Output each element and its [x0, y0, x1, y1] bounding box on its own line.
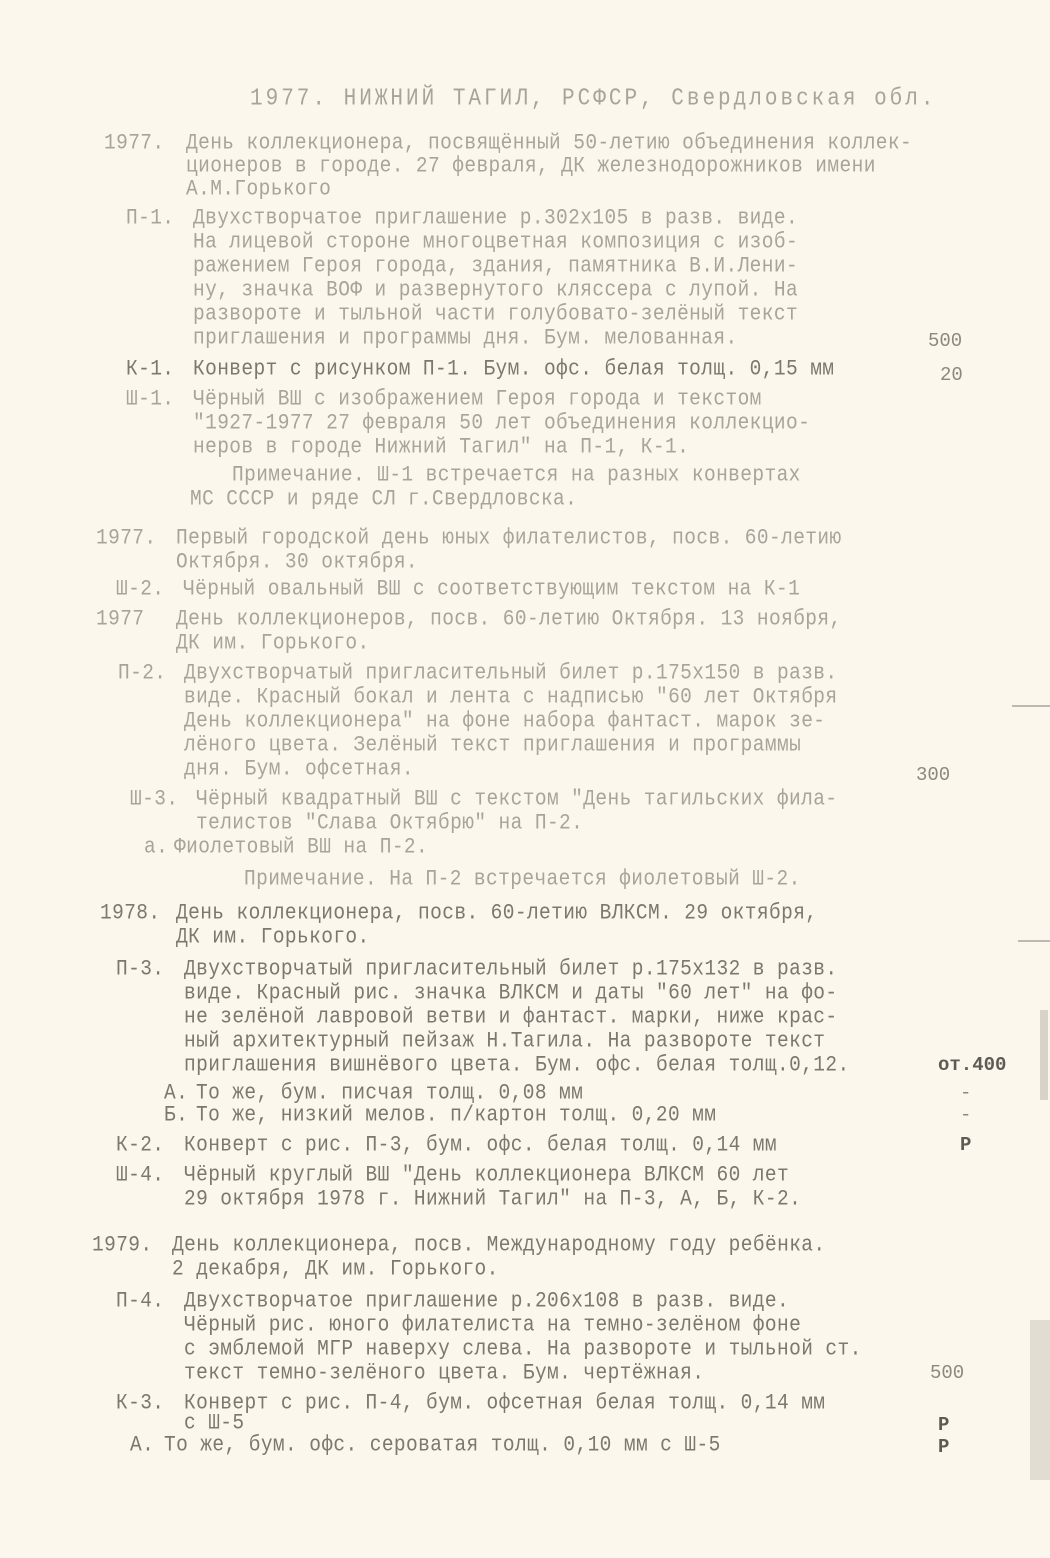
item-code: а.	[144, 834, 168, 859]
entry-year: 1977.	[96, 525, 157, 550]
item-price: 500	[930, 1362, 964, 1384]
item-text: То же, низкий мелов. п/картон толщ. 0,20…	[196, 1102, 716, 1127]
item-text: приглашения вишнёвого цвета. Бум. офс. б…	[184, 1052, 850, 1077]
item-text: Конверт с рис. П-4, бум. офсетная белая …	[184, 1390, 825, 1415]
item-price: Р	[938, 1436, 949, 1458]
item-text: 29 октября 1978 г. Нижний Тагил" на П-3,…	[184, 1186, 801, 1211]
scan-mark	[1040, 1010, 1048, 1100]
entry-text: Октября. 30 октября.	[176, 549, 418, 574]
entry-year: 1977.	[104, 130, 165, 155]
item-text: текст темно-зелёного цвета. Бум. чертёжн…	[184, 1360, 704, 1385]
item-code: К-1.	[126, 356, 174, 381]
item-code: П-3.	[116, 956, 164, 981]
item-code: Ш-2.	[116, 576, 164, 601]
item-text: развороте и тыльной части голубовато-зел…	[193, 301, 798, 326]
item-text: Чёрный квадратный ВШ с текстом "День таг…	[196, 786, 837, 811]
entry-text: 2 декабря, ДК им. Горького.	[172, 1256, 499, 1281]
scan-mark	[1012, 705, 1050, 707]
item-code: Ш-4.	[116, 1162, 164, 1187]
item-text: ражением Героя города, здания, памятника…	[193, 253, 798, 278]
item-code: К-3.	[116, 1390, 164, 1415]
entry-year: 1979.	[92, 1232, 153, 1257]
item-code: Ш-3.	[130, 786, 178, 811]
entry-text: ционеров в городе. 27 февраля, ДК железн…	[186, 153, 876, 178]
item-price: от.400	[938, 1054, 1006, 1076]
item-text: Двухстворчатое приглашение р.302х105 в р…	[193, 205, 798, 230]
page-title: 1977. НИЖНИЙ ТАГИЛ, РСФСР, Свердловская …	[250, 86, 937, 112]
note-text: Примечание. Ш-1 встречается на разных ко…	[232, 462, 801, 487]
item-text: Двухстворчатое приглашение р.206х108 в р…	[184, 1288, 789, 1313]
item-text: лёного цвета. Зелёный текст приглашения …	[184, 732, 801, 757]
item-text: неров в городе Нижний Тагил" на П-1, К-1…	[193, 434, 689, 459]
item-text: виде. Красный бокал и лента с надписью "…	[184, 684, 838, 709]
scan-mark	[1030, 1320, 1050, 1480]
entry-text: ДК им. Горького.	[176, 630, 370, 655]
item-code: А.	[130, 1432, 154, 1457]
entry-text: День коллекционеров, посв. 60-летию Октя…	[176, 606, 842, 631]
item-text: ну, значка ВОФ и развернутого кляссера с…	[193, 277, 798, 302]
item-price: 500	[928, 330, 962, 352]
item-text: Чёрный круглый ВШ "День коллекционера ВЛ…	[184, 1162, 789, 1187]
item-price: -	[960, 1082, 971, 1104]
item-price: 20	[940, 364, 963, 386]
item-code: П-1.	[126, 205, 174, 230]
note-text: МС СССР и ряде СЛ г.Свердловска.	[190, 486, 577, 511]
item-text: виде. Красный рис. значка ВЛКСМ и даты "…	[184, 980, 838, 1005]
item-text: дня. Бум. офсетная.	[184, 756, 414, 781]
entry-text: ДК им. Горького.	[176, 924, 370, 949]
item-text: То же, бум. офс. сероватая толщ. 0,10 мм…	[164, 1432, 721, 1457]
entry-text: Первый городской день юных филателистов,…	[176, 525, 842, 550]
item-text: Чёрный овальный ВШ с соответствующим тек…	[183, 576, 800, 601]
entry-text: А.М.Горького	[186, 176, 331, 201]
item-price: Р	[938, 1414, 949, 1436]
item-text: ный архитектурный пейзаж Н.Тагила. На ра…	[184, 1028, 825, 1053]
item-code: К-2.	[116, 1132, 164, 1157]
item-code: П-2.	[118, 660, 166, 685]
item-price: -	[960, 1104, 971, 1126]
item-code: П-4.	[116, 1288, 164, 1313]
item-text: На лицевой стороне многоцветная композиц…	[193, 229, 798, 254]
item-price: Р	[960, 1134, 971, 1156]
item-text: приглашения и программы дня. Бум. мелова…	[193, 325, 738, 350]
item-code: Б.	[164, 1102, 188, 1127]
item-text: Двухстворчатый пригласительный билет р.1…	[184, 956, 838, 981]
entry-text: День коллекционера, посвящённый 50-летию…	[186, 130, 912, 155]
item-text: Конверт с рисунком П-1. Бум. офс. белая …	[193, 356, 834, 381]
entry-text: День коллекционера, посв. Международному…	[172, 1232, 826, 1257]
typewritten-catalog-page: 1977. НИЖНИЙ ТАГИЛ, РСФСР, Свердловская …	[0, 0, 1050, 1558]
entry-year: 1977	[96, 606, 144, 631]
item-text: Конверт с рис. П-3, бум. офс. белая толщ…	[184, 1132, 777, 1157]
item-text: "1927-1977 27 февраля 50 лет объединения…	[193, 410, 810, 435]
item-text: Чёрный рис. юного филателиста на темно-з…	[184, 1312, 801, 1337]
item-text: Фиолетовый ВШ на П-2.	[174, 834, 428, 859]
item-text: не зелёной лавровой ветви и фантаст. мар…	[184, 1004, 838, 1029]
item-text: с эмблемой МГР наверху слева. На разворо…	[184, 1336, 862, 1361]
item-text: Двухстворчатый пригласительный билет р.1…	[184, 660, 838, 685]
note-text: Примечание. На П-2 встречается фиолетовы…	[244, 866, 801, 891]
entry-year: 1978.	[100, 900, 161, 925]
item-text: Чёрный ВШ с изображением Героя города и …	[193, 386, 762, 411]
item-text: телистов "Слава Октябрю" на П-2.	[196, 810, 583, 835]
scan-mark	[1018, 940, 1050, 942]
item-code: Ш-1.	[126, 386, 174, 411]
item-text: День коллекционера" на фоне набора фанта…	[184, 708, 825, 733]
entry-text: День коллекционера, посв. 60-летию ВЛКСМ…	[176, 900, 817, 925]
item-price: 300	[916, 764, 950, 786]
